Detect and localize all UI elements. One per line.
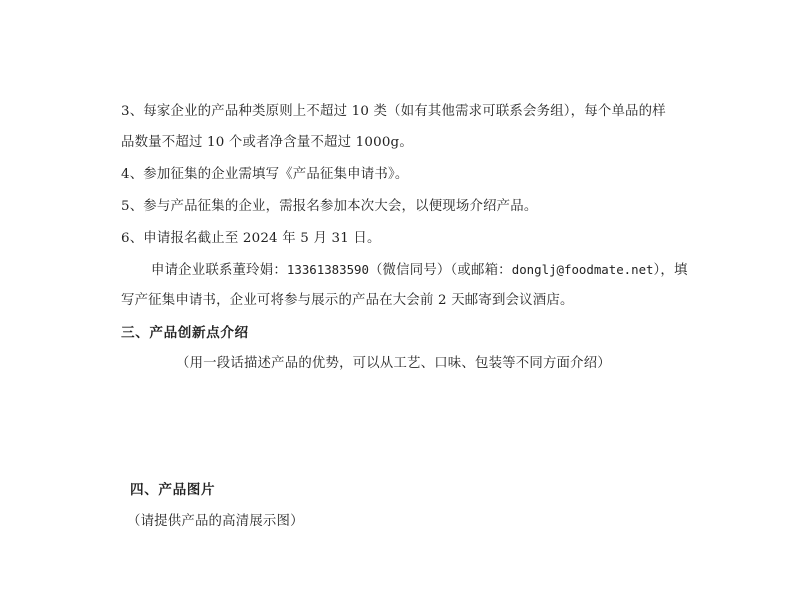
- contact-line-2: 写产征集申请书，企业可将参与展示的产品在大会前 2 天邮寄到会议酒店。: [121, 292, 574, 310]
- document-page: 3、每家企业的产品种类原则上不超过 10 类（如有其他需求可联系会务组），每个单…: [0, 0, 800, 595]
- item-3-line-1: 3、每家企业的产品种类原则上不超过 10 类（如有其他需求可联系会务组），每个单…: [121, 103, 666, 121]
- contact-email: donglj@foodmate.net: [512, 262, 654, 277]
- item-3-line-2: 品数量不超过 10 个或者净含量不超过 1000g。: [121, 134, 413, 152]
- section-3-hint: （用一段话描述产品的优势，可以从工艺、口味、包装等不同方面介绍）: [176, 355, 611, 373]
- item-5: 5、参与产品征集的企业，需报名参加本次大会，以便现场介绍产品。: [121, 198, 537, 216]
- contact-prefix: 申请企业联系董玲娟：: [151, 263, 287, 278]
- section-4-heading: 四、产品图片: [130, 481, 215, 499]
- contact-suffix: ），填: [654, 263, 688, 278]
- item-4: 4、参加征集的企业需填写《产品征集申请书》。: [121, 166, 408, 184]
- section-3-heading: 三、产品创新点介绍: [121, 324, 249, 342]
- contact-phone: 13361383590: [287, 262, 369, 277]
- contact-wechat-note: （微信同号）（或邮箱：: [369, 263, 512, 278]
- item-6: 6、申请报名截止至 2024 年 5 月 31 日。: [121, 230, 381, 248]
- contact-line-1: 申请企业联系董玲娟：13361383590（微信同号）（或邮箱：donglj@f…: [151, 261, 688, 280]
- section-4-hint: （请提供产品的高清展示图）: [127, 513, 304, 531]
